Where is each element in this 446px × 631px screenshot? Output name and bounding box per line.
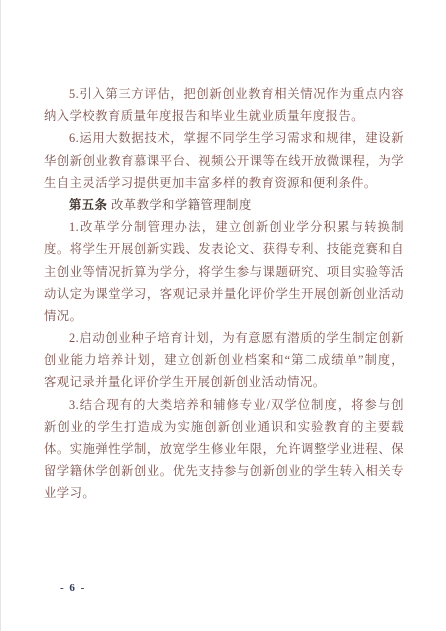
text-line: 2.启动创业种子培育计划，为有意愿有潜质的学生制定创新 <box>44 327 404 349</box>
text-line: 主创业等情况折算为学分，将学生参与课题研究、项目实验等活 <box>44 261 404 283</box>
text-run: 新创业的学生打造成为实施创新创业通识和实验教育的主要载 <box>44 420 404 434</box>
text-line: 生自主灵活学习提供更加丰富多样的教育资源和便利条件。 <box>44 172 404 194</box>
text-run: 业学习。 <box>44 486 95 500</box>
text-line: 纳入学校教育质量年度报告和毕业生就业质量年度报告。 <box>44 105 404 127</box>
text-line: 客观记录并量化评价学生开展创新创业活动情况。 <box>44 371 404 393</box>
article-5-item-3: 3.结合现有的大类培养和辅修专业/双学位制度，将参与创新创业的学生打造成为实施创… <box>44 394 404 505</box>
text-run: 主创业等情况折算为学分，将学生参与课题研究、项目实验等活 <box>44 265 404 279</box>
item-6: 6.运用大数据技术，掌握不同学生学习需求和规律，建设新华创新创业教育慕课平台、视… <box>44 127 404 194</box>
text-run: 3.结合现有的大类培养和辅修专业/双学位制度，将参与创 <box>69 398 404 412</box>
text-run: 1.改革学分制管理办法，建立创新创业学分积累与转换制 <box>69 220 404 234</box>
text-run: 动认定为课堂学习，客观记录并量化评价学生开展创新创业活动 <box>44 287 404 301</box>
text-run: 留学籍休学创新创业。优先支持参与创新创业的学生转入相关专 <box>44 464 404 478</box>
text-line: 情况。 <box>44 305 404 327</box>
text-run: 改革教学和学籍管理制度 <box>107 198 251 212</box>
text-line: 业学习。 <box>44 482 404 504</box>
text-run: 情况。 <box>44 309 82 323</box>
text-run: 创业能力培养计划，建立创新创业档案和“第二成绩单”制度， <box>44 353 404 367</box>
text-line: 5.引入第三方评估，把创新创业教育相关情况作为重点内容 <box>44 83 404 105</box>
article-5-item-2: 2.启动创业种子培育计划，为有意愿有潜质的学生制定创新创业能力培养计划，建立创新… <box>44 327 404 394</box>
text-run: 体。实施弹性学制，放宽学生修业年限，允许调整学业进程、保 <box>44 442 404 456</box>
text-line: 度。将学生开展创新实践、发表论文、获得专利、技能竞赛和自 <box>44 238 404 260</box>
text-run: 6.运用大数据技术，掌握不同学生学习需求和规律，建设新 <box>69 131 404 145</box>
text-run: 纳入学校教育质量年度报告和毕业生就业质量年度报告。 <box>44 109 364 123</box>
article-5-heading: 第五条 改革教学和学籍管理制度 <box>44 194 404 216</box>
text-line: 创业能力培养计划，建立创新创业档案和“第二成绩单”制度， <box>44 349 404 371</box>
text-run: 客观记录并量化评价学生开展创新创业活动情况。 <box>44 375 326 389</box>
page-number: - 6 - <box>60 581 86 595</box>
text-run: 度。将学生开展创新实践、发表论文、获得专利、技能竞赛和自 <box>44 242 404 256</box>
text-line: 6.运用大数据技术，掌握不同学生学习需求和规律，建设新 <box>44 127 404 149</box>
item-5: 5.引入第三方评估，把创新创业教育相关情况作为重点内容纳入学校教育质量年度报告和… <box>44 83 404 127</box>
document-page: 5.引入第三方评估，把创新创业教育相关情况作为重点内容纳入学校教育质量年度报告和… <box>0 0 446 631</box>
text-run: 5.引入第三方评估，把创新创业教育相关情况作为重点内容 <box>69 87 404 101</box>
text-line: 华创新创业教育慕课平台、视频公开课等在线开放微课程，为学 <box>44 150 404 172</box>
text-run: 2.启动创业种子培育计划，为有意愿有潜质的学生制定创新 <box>69 331 404 345</box>
text-line: 动认定为课堂学习，客观记录并量化评价学生开展创新创业活动 <box>44 283 404 305</box>
document-body: 5.引入第三方评估，把创新创业教育相关情况作为重点内容纳入学校教育质量年度报告和… <box>44 83 404 505</box>
text-line: 体。实施弹性学制，放宽学生修业年限，允许调整学业进程、保 <box>44 438 404 460</box>
text-line: 1.改革学分制管理办法，建立创新创业学分积累与转换制 <box>44 216 404 238</box>
text-run: 生自主灵活学习提供更加丰富多样的教育资源和便利条件。 <box>44 176 377 190</box>
article-5-item-1: 1.改革学分制管理办法，建立创新创业学分积累与转换制度。将学生开展创新实践、发表… <box>44 216 404 327</box>
text-run: 华创新创业教育慕课平台、视频公开课等在线开放微课程，为学 <box>44 154 404 168</box>
text-line: 新创业的学生打造成为实施创新创业通识和实验教育的主要载 <box>44 416 404 438</box>
text-line: 3.结合现有的大类培养和辅修专业/双学位制度，将参与创 <box>44 394 404 416</box>
article-number: 第五条 <box>69 198 107 212</box>
text-line: 留学籍休学创新创业。优先支持参与创新创业的学生转入相关专 <box>44 460 404 482</box>
heading-line: 第五条 改革教学和学籍管理制度 <box>44 194 404 216</box>
